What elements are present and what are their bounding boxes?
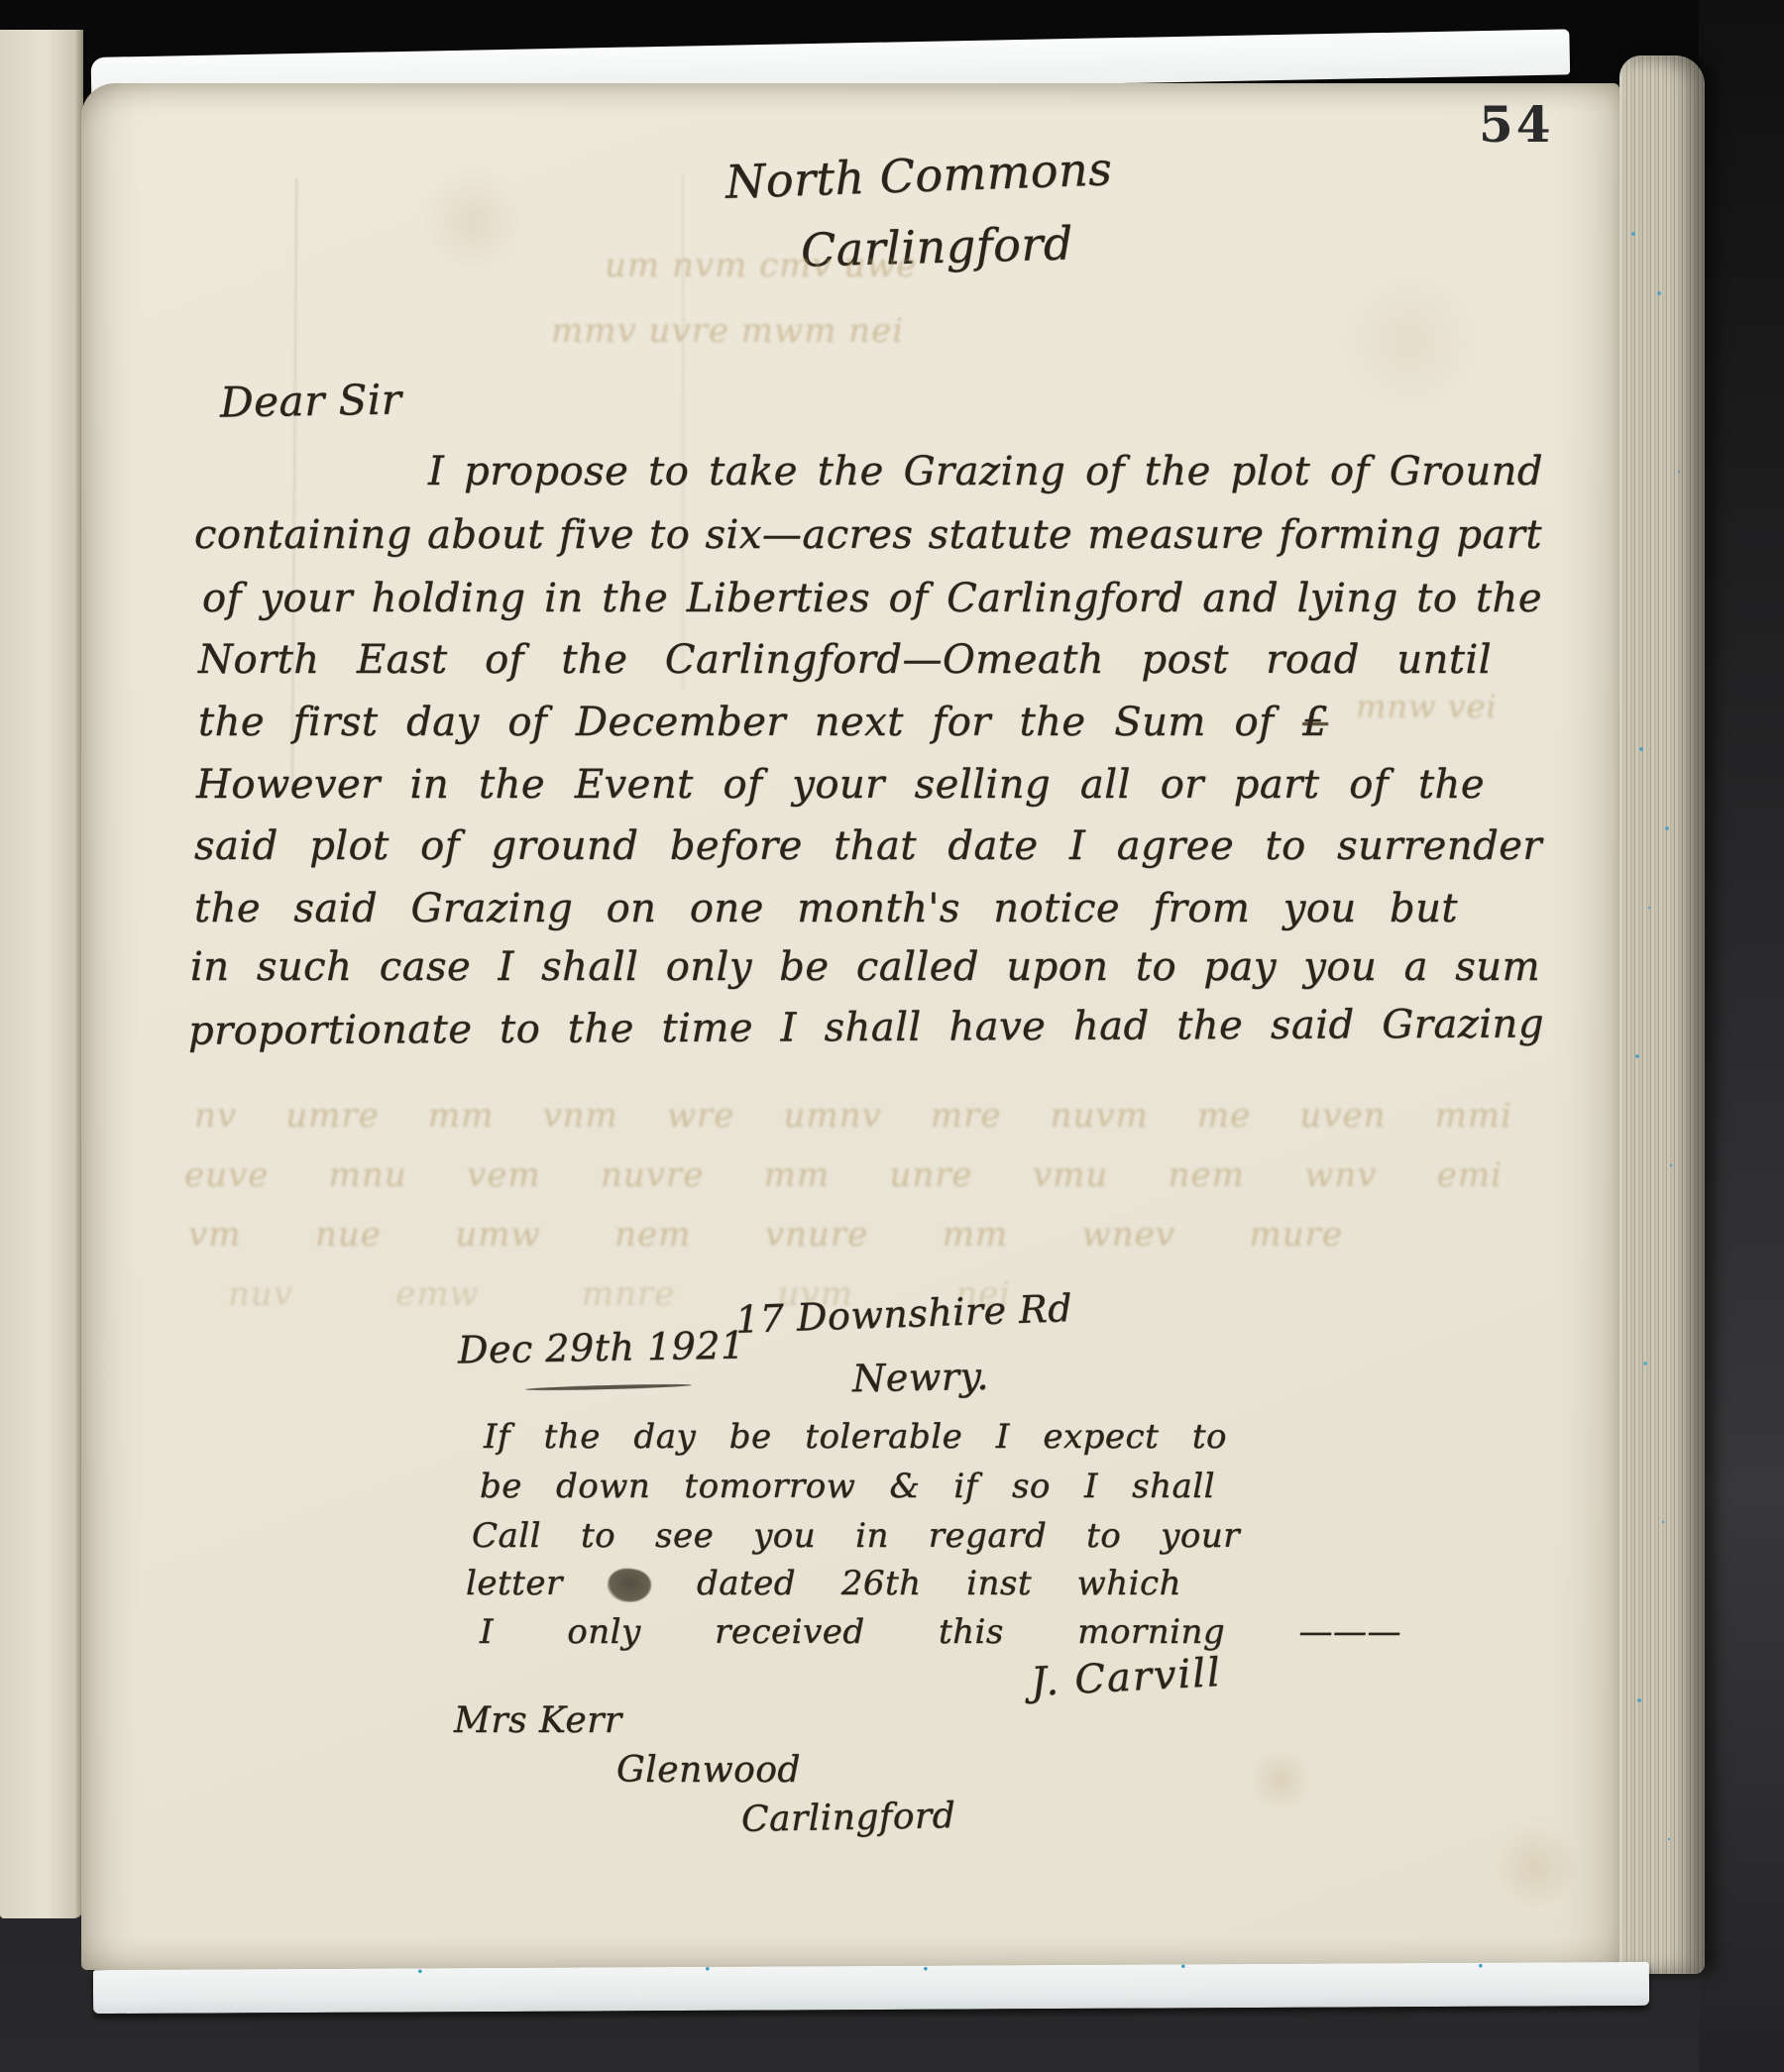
body-line: said plot of ground before that date I a…: [194, 822, 1542, 870]
ghost-text-line: mmv uvre mwm nei: [551, 311, 987, 351]
book-fore-edge: [1619, 55, 1705, 1974]
salutation: Dear Sir: [220, 375, 402, 426]
body-line: proportionate to the time I shall have h…: [188, 1000, 1544, 1054]
facing-page-sliver: [0, 30, 83, 1918]
postscript-line-text: dated 26th inst which: [697, 1564, 1181, 1603]
postscript-line: I only received this morning ———: [480, 1612, 1401, 1653]
postscript-line: be down tomorrow & if so I shall: [480, 1467, 1215, 1507]
ghost-text-line: nv umre mm vnm wre umnv mre nuvm me uven…: [194, 1096, 1512, 1136]
recipient-town: Carlingford: [741, 1796, 956, 1840]
body-line: However in the Event of your selling all…: [196, 761, 1485, 809]
struck-pound-sign: £: [1302, 700, 1328, 745]
recipient-name: Mrs Kerr: [454, 1700, 622, 1741]
ghost-text-line: um nvm cmv uwe: [605, 246, 932, 285]
postscript-line: Call to see you in regard to your: [472, 1516, 1240, 1557]
address-line-2: Newry.: [852, 1355, 990, 1402]
ghost-text-line: euve mnu vem nuvre mm unre vmu nem wnv e…: [184, 1155, 1503, 1195]
body-line: containing about five to six—acres statu…: [194, 511, 1542, 559]
date-line: Dec 29th 1921: [458, 1323, 745, 1373]
body-line: of your holding in the Liberties of Carl…: [202, 575, 1542, 622]
body-line: in such case I shall only be called upon…: [190, 943, 1540, 991]
recipient-house: Glenwood: [616, 1750, 801, 1791]
underlying-page-bottom-edge: [93, 1962, 1649, 2014]
postscript-line-text: letter: [466, 1564, 563, 1603]
book-scan: 54 North Commons Carlingford um nvm cmv …: [0, 0, 1784, 2072]
body-line: North East of the Carlingford—Omeath pos…: [198, 636, 1492, 684]
body-line: the said Grazing on one month's notice f…: [194, 885, 1458, 932]
ghost-text-line: vm nue umw nem vnure mm wnev mure: [188, 1215, 1343, 1254]
page-number: 54: [1479, 95, 1554, 154]
body-line-text: the first day of December next for the S…: [198, 700, 1274, 745]
postscript-line: If the day be tolerable I expect to: [484, 1417, 1227, 1458]
postscript-line: letter dated 26th inst which: [466, 1564, 1181, 1604]
book-cover-edge: [1699, 0, 1784, 2072]
ghost-text-line: mnw vei: [1356, 688, 1529, 725]
ink-blot: [606, 1565, 654, 1605]
body-line: the first day of December next for the S…: [198, 699, 1328, 746]
body-line: I propose to take the Grazing of the plo…: [428, 448, 1543, 495]
